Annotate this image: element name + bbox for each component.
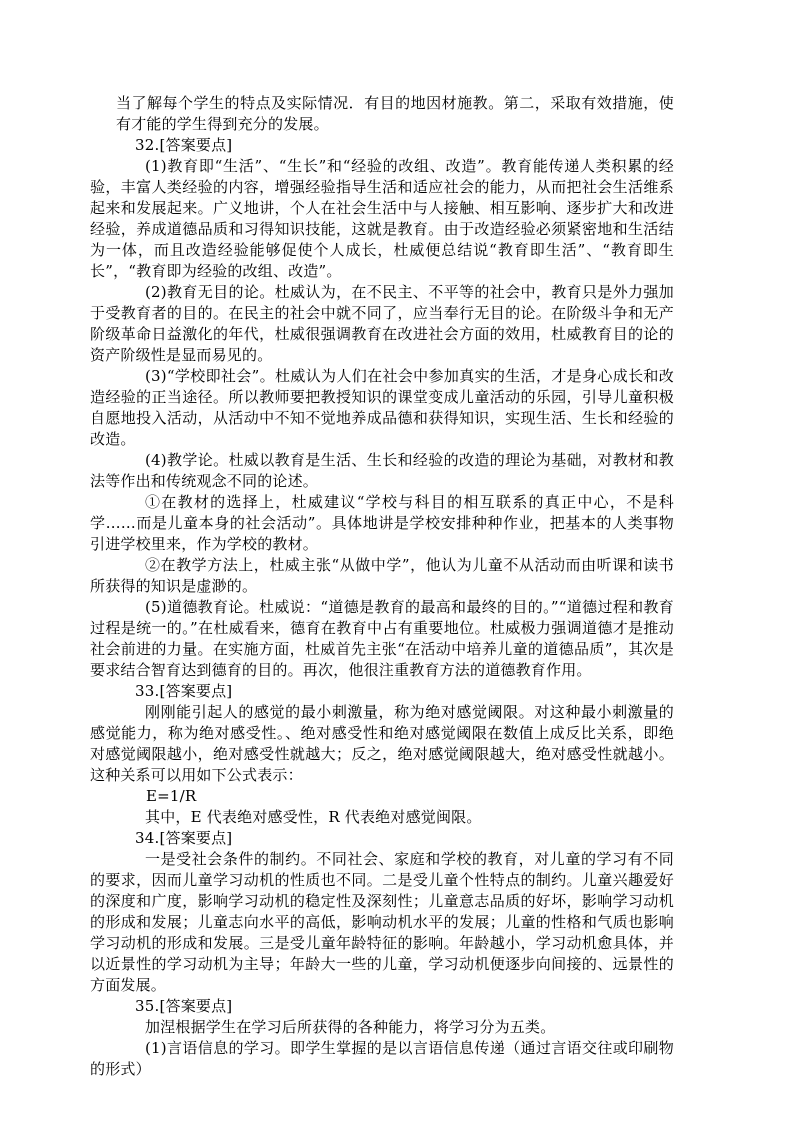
document-page: 当了解每个学生的特点及实际情况．有目的地因材施教。第二，采取有效措施，使有才能的… xyxy=(0,0,794,1123)
section-number-line: 32.[答案要点] xyxy=(90,135,674,156)
paragraph: (1)教育即“生活”、“生长”和“经验的改组、改造”。教育能传递人类积累的经验，… xyxy=(90,156,674,282)
formula-line: E=1/R xyxy=(90,786,674,807)
paragraph: 其中，E 代表绝对感受性，R 代表绝对感觉闽限。 xyxy=(90,807,674,828)
section-number-line: 35.[答案要点] xyxy=(90,996,674,1017)
paragraph: (5)道德教育论。杜威说：“道德是教育的最高和最终的目的。”“道德过程和教育过程… xyxy=(90,597,674,681)
paragraph: (1)言语信息的学习。即学生掌握的是以言语信息传递（通过言语交往或印刷物的形式） xyxy=(90,1038,674,1080)
paragraph: (4)教学论。杜威以教育是生活、生长和经验的改造的理论为基础，对教材和教法等作出… xyxy=(90,450,674,492)
paragraph: 刚刚能引起人的感觉的最小刺激量，称为绝对感觉阈限。对这种最小刺激量的感觉能力，称… xyxy=(90,702,674,786)
paragraph: (3)“学校即社会”。杜威认为人们在社会中参加真实的生活，才是身心成长和改造经验… xyxy=(90,366,674,450)
paragraph: 一是受社会条件的制约。不同社会、家庭和学校的教育，对儿童的学习有不同的要求，因而… xyxy=(90,849,674,996)
paragraph: ①在教材的选择上，杜威建议“学校与科目的相互联系的真正中心，不是科学……而是儿童… xyxy=(90,492,674,555)
document-body: 当了解每个学生的特点及实际情况．有目的地因材施教。第二，采取有效措施，使有才能的… xyxy=(90,93,674,1080)
section-number-line: 33.[答案要点] xyxy=(90,681,674,702)
paragraph: 当了解每个学生的特点及实际情况．有目的地因材施教。第二，采取有效措施，使有才能的… xyxy=(116,93,674,135)
paragraph: (2)教育无目的论。杜威认为，在不民主、不平等的社会中，教育只是外力强加于受教育… xyxy=(90,282,674,366)
section-number-line: 34.[答案要点] xyxy=(90,828,674,849)
paragraph: ②在教学方法上，杜威主张“从做中学”，他认为儿童不从活动而由听课和读书所获得的知… xyxy=(90,555,674,597)
paragraph: 加涅根据学生在学习后所获得的各种能力，将学习分为五类。 xyxy=(90,1017,674,1038)
